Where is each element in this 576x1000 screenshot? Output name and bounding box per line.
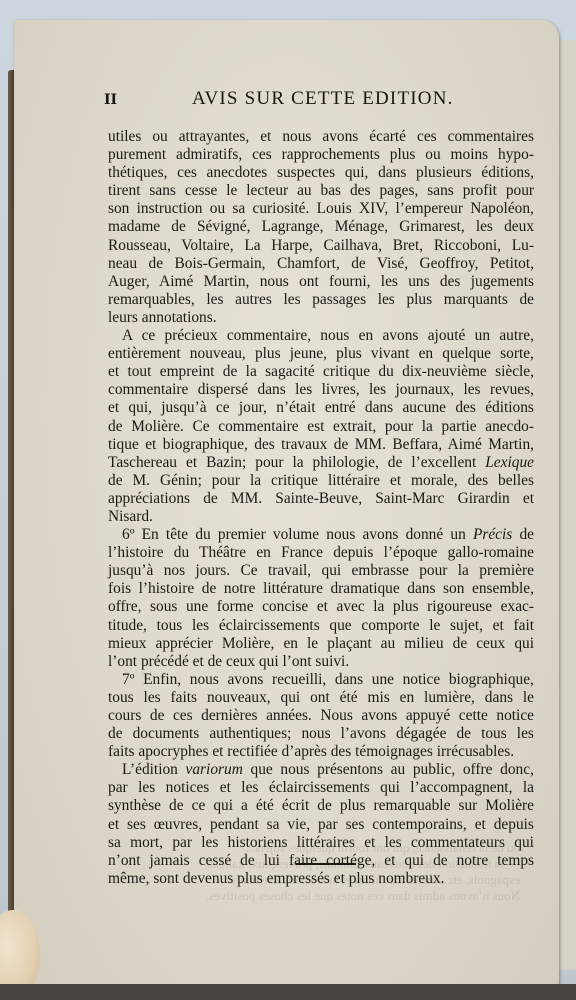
text-line: et ses œuvres, pendant sa vie, par ses c…	[108, 816, 534, 834]
text-line: tous les faits nouveaux, qui ont été mis…	[108, 689, 534, 707]
text-line: l’ont précédé et de ceux qui l’ont suivi…	[108, 653, 534, 671]
text-line: L’édition variorum que nous présentons a…	[108, 761, 534, 779]
page-header: II AVIS SUR CETTE EDITION.	[104, 88, 534, 114]
show-through-text: ou de la renaissance, qui ont fourni que…	[180, 840, 520, 904]
page-body: utiles ou attrayantes, et nous avons éca…	[108, 128, 534, 888]
end-rule	[296, 863, 356, 865]
text-line: et tout empreint de la sagacité critique…	[108, 363, 534, 381]
text-line: synthèse de ce qui a été écrit de plus r…	[108, 797, 534, 815]
text-line: jusqu’à nos jours. Ce travail, qui embra…	[108, 562, 534, 580]
text-line: Rousseau, Voltaire, La Harpe, Cailhava, …	[108, 237, 534, 255]
text-line: de Molière. Ce commentaire est extrait, …	[108, 418, 534, 436]
running-title: AVIS SUR CETTE EDITION.	[184, 88, 534, 110]
text-line: Nisard.	[108, 508, 534, 526]
table-surface	[0, 984, 576, 1000]
text-line: fois l’histoire de notre littérature dra…	[108, 580, 534, 598]
text-line: titude, tous les éclaircissements que co…	[108, 617, 534, 635]
text-line: remarquables, les autres les passages le…	[108, 291, 534, 309]
text-line: leurs annotations.	[108, 309, 534, 327]
text-line: l’histoire du Théâtre en France depuis l…	[108, 544, 534, 562]
text-line: commentaire dispersé dans les livres, le…	[108, 381, 534, 399]
text-line: faits apocryphes et rectifiée d’après de…	[108, 743, 534, 761]
text-line: entièrement nouveau, plus jeune, plus vi…	[108, 345, 534, 363]
text-line: Auger, Aimé Martin, nous ont fourni, les…	[108, 273, 534, 291]
text-line: offre, sous une forme concise et avec la…	[108, 598, 534, 616]
text-line: de documents authentiques; nous l’avons …	[108, 725, 534, 743]
page-number: II	[104, 92, 184, 108]
text-line: madame de Sévigné, Lagrange, Ménage, Gri…	[108, 218, 534, 236]
text-line: utiles ou attrayantes, et nous avons éca…	[108, 128, 534, 146]
text-line: 7º Enfin, nous avons recueilli, dans une…	[108, 671, 534, 689]
text-line: tirent sans cesse le lecteur au bas des …	[108, 182, 534, 200]
text-line: A ce précieux commentaire, nous en avons…	[108, 327, 534, 345]
text-line: de M. Génin; pour la critique littéraire…	[108, 472, 534, 490]
text-line: Taschereau et Bazin; pour la philologie,…	[108, 454, 534, 472]
text-line: appréciations de MM. Sainte-Beuve, Saint…	[108, 490, 534, 508]
text-line: neau de Bois-Germain, Chamfort, de Visé,…	[108, 255, 534, 273]
text-line: cours de ces dernières années. Nous avon…	[108, 707, 534, 725]
text-line: purement admiratifs, ces rapprochements …	[108, 146, 534, 164]
text-line: 6º En tête du premier volume nous avons …	[108, 526, 534, 544]
text-line: thétiques, ces anecdotes suspectes qui, …	[108, 164, 534, 182]
text-line: son instruction ou sa curiosité. Louis X…	[108, 200, 534, 218]
text-line: par les notices et les éclaircissements …	[108, 779, 534, 797]
text-line: et qui, jusqu’à ce jour, n’était entré d…	[108, 399, 534, 417]
text-line: mieux apprécier Molière, en le plaçant a…	[108, 635, 534, 653]
text-line: tique et biographique, des travaux de MM…	[108, 436, 534, 454]
